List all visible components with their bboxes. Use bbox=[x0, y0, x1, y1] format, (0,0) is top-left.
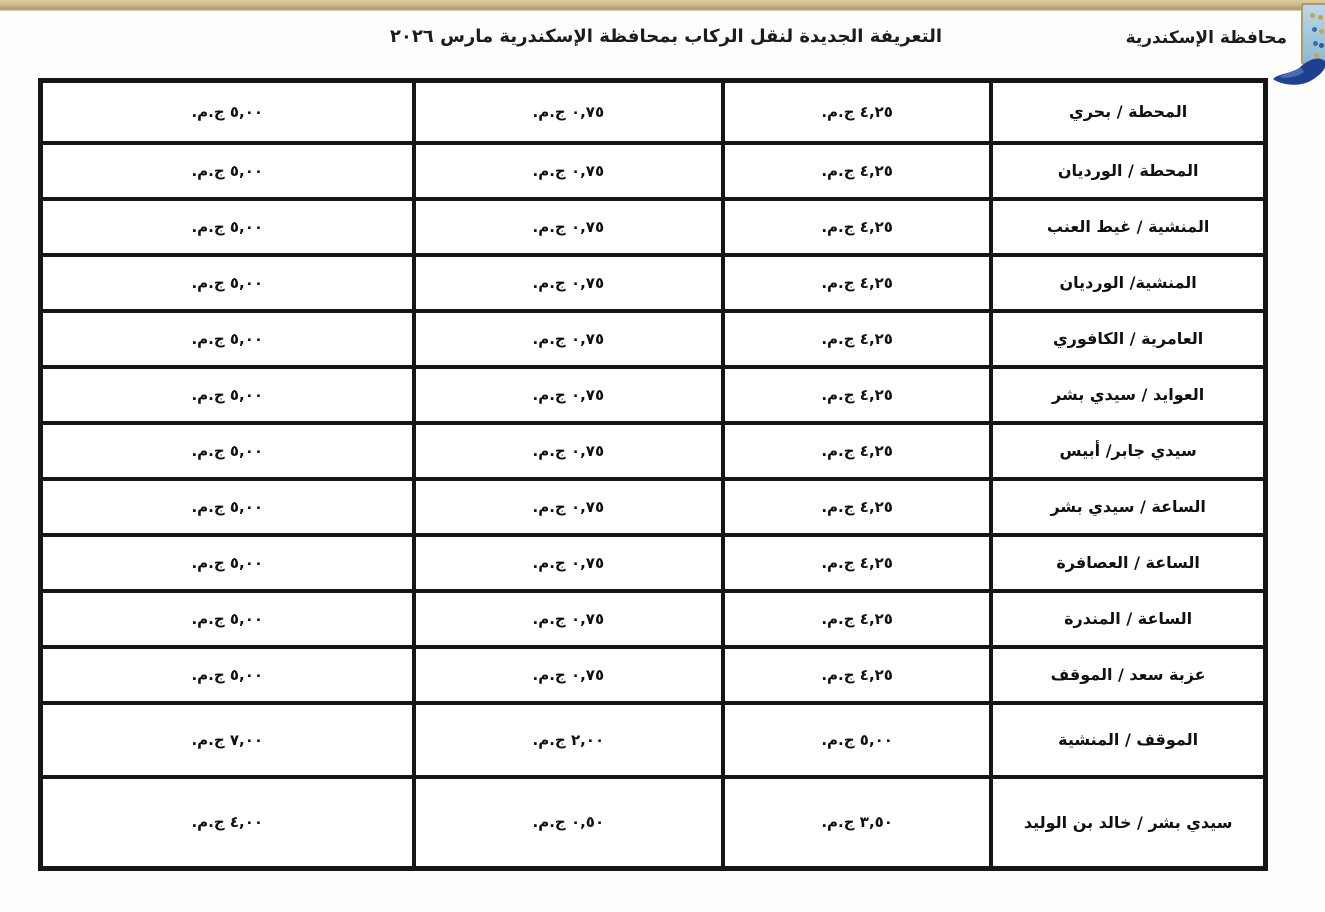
table-row: الساعة / العصافرة ٤,٢٥ ج.م. ٠,٧٥ ج.م. ٥,… bbox=[41, 535, 1266, 591]
fare-a-cell: ٤,٢٥ ج.م. bbox=[723, 367, 991, 423]
table-row: الساعة / المندرة ٤,٢٥ ج.م. ٠,٧٥ ج.م. ٥,٠… bbox=[41, 591, 1266, 647]
fare-b-cell: ٠,٧٥ ج.م. bbox=[414, 647, 724, 703]
fare-c-cell: ٥,٠٠ ج.م. bbox=[41, 199, 414, 255]
fare-a-cell: ٤,٢٥ ج.م. bbox=[723, 647, 991, 703]
top-accent-bar bbox=[0, 0, 1325, 11]
fare-b-cell: ٠,٥٠ ج.م. bbox=[414, 777, 724, 869]
page-title: التعريفة الجديدة لنقل الركاب بمحافظة الإ… bbox=[390, 26, 942, 47]
fare-b-cell: ٠,٧٥ ج.م. bbox=[414, 423, 724, 479]
fare-c-cell: ٥,٠٠ ج.م. bbox=[41, 423, 414, 479]
fare-c-cell: ٥,٠٠ ج.م. bbox=[41, 143, 414, 199]
route-cell: سيدي بشر / خالد بن الوليد bbox=[991, 777, 1265, 869]
fare-table-body: المحطة / بحري ٤,٢٥ ج.م. ٠,٧٥ ج.م. ٥,٠٠ ج… bbox=[41, 81, 1266, 869]
table-row: المنشية/ الورديان ٤,٢٥ ج.م. ٠,٧٥ ج.م. ٥,… bbox=[41, 255, 1266, 311]
fare-a-cell: ٤,٢٥ ج.م. bbox=[723, 255, 991, 311]
fare-b-cell: ٠,٧٥ ج.م. bbox=[414, 311, 724, 367]
route-cell: عزبة سعد / الموقف bbox=[991, 647, 1265, 703]
org-name: محافظة الإسكندرية bbox=[1126, 28, 1287, 48]
fare-a-cell: ٤,٢٥ ج.م. bbox=[723, 311, 991, 367]
table-row: العوايد / سيدي بشر ٤,٢٥ ج.م. ٠,٧٥ ج.م. ٥… bbox=[41, 367, 1266, 423]
fare-c-cell: ٥,٠٠ ج.م. bbox=[41, 535, 414, 591]
table-row: عزبة سعد / الموقف ٤,٢٥ ج.م. ٠,٧٥ ج.م. ٥,… bbox=[41, 647, 1266, 703]
route-cell: الموقف / المنشية bbox=[991, 703, 1265, 777]
table-row: سيدي بشر / خالد بن الوليد ٣,٥٠ ج.م. ٠,٥٠… bbox=[41, 777, 1266, 869]
fare-c-cell: ٤,٠٠ ج.م. bbox=[41, 777, 414, 869]
route-cell: الساعة / المندرة bbox=[991, 591, 1265, 647]
fare-b-cell: ٠,٧٥ ج.م. bbox=[414, 143, 724, 199]
fare-b-cell: ٠,٧٥ ج.م. bbox=[414, 367, 724, 423]
fare-a-cell: ٤,٢٥ ج.م. bbox=[723, 81, 991, 143]
fare-c-cell: ٥,٠٠ ج.م. bbox=[41, 591, 414, 647]
fare-c-cell: ٥,٠٠ ج.م. bbox=[41, 479, 414, 535]
table-row: المحطة / الورديان ٤,٢٥ ج.م. ٠,٧٥ ج.م. ٥,… bbox=[41, 143, 1266, 199]
route-cell: المحطة / بحري bbox=[991, 81, 1265, 143]
fare-a-cell: ٤,٢٥ ج.م. bbox=[723, 479, 991, 535]
fare-b-cell: ٢,٠٠ ج.م. bbox=[414, 703, 724, 777]
route-cell: المحطة / الورديان bbox=[991, 143, 1265, 199]
fare-b-cell: ٠,٧٥ ج.م. bbox=[414, 591, 724, 647]
document-page: { "header": { "org_name": "محافظة الإسكن… bbox=[0, 0, 1325, 912]
fare-a-cell: ٣,٥٠ ج.م. bbox=[723, 777, 991, 869]
fare-b-cell: ٠,٧٥ ج.م. bbox=[414, 255, 724, 311]
fare-b-cell: ٠,٧٥ ج.م. bbox=[414, 479, 724, 535]
table-row: الساعة / سيدي بشر ٤,٢٥ ج.م. ٠,٧٥ ج.م. ٥,… bbox=[41, 479, 1266, 535]
fare-b-cell: ٠,٧٥ ج.م. bbox=[414, 535, 724, 591]
route-cell: الساعة / سيدي بشر bbox=[991, 479, 1265, 535]
table-row: سيدي جابر/ أبيس ٤,٢٥ ج.م. ٠,٧٥ ج.م. ٥,٠٠… bbox=[41, 423, 1266, 479]
route-cell: الساعة / العصافرة bbox=[991, 535, 1265, 591]
fare-c-cell: ٥,٠٠ ج.م. bbox=[41, 81, 414, 143]
fare-c-cell: ٥,٠٠ ج.م. bbox=[41, 311, 414, 367]
route-cell: العامرية / الكافوري bbox=[991, 311, 1265, 367]
fare-c-cell: ٥,٠٠ ج.م. bbox=[41, 255, 414, 311]
route-cell: المنشية / غيط العنب bbox=[991, 199, 1265, 255]
table-row: الموقف / المنشية ٥,٠٠ ج.م. ٢,٠٠ ج.م. ٧,٠… bbox=[41, 703, 1266, 777]
fare-b-cell: ٠,٧٥ ج.م. bbox=[414, 199, 724, 255]
emblem-detail-dots bbox=[1310, 13, 1315, 18]
fare-c-cell: ٥,٠٠ ج.م. bbox=[41, 367, 414, 423]
emblem-wave-icon bbox=[1271, 55, 1325, 91]
fare-a-cell: ٤,٢٥ ج.م. bbox=[723, 535, 991, 591]
route-cell: العوايد / سيدي بشر bbox=[991, 367, 1265, 423]
fare-b-cell: ٠,٧٥ ج.م. bbox=[414, 81, 724, 143]
table-row: المنشية / غيط العنب ٤,٢٥ ج.م. ٠,٧٥ ج.م. … bbox=[41, 199, 1266, 255]
table-row: المحطة / بحري ٤,٢٥ ج.م. ٠,٧٥ ج.م. ٥,٠٠ ج… bbox=[41, 81, 1266, 143]
fare-table: المحطة / بحري ٤,٢٥ ج.م. ٠,٧٥ ج.م. ٥,٠٠ ج… bbox=[38, 78, 1268, 871]
fare-a-cell: ٤,٢٥ ج.م. bbox=[723, 199, 991, 255]
fare-c-cell: ٧,٠٠ ج.م. bbox=[41, 703, 414, 777]
fare-a-cell: ٤,٢٥ ج.م. bbox=[723, 423, 991, 479]
fare-a-cell: ٤,٢٥ ج.م. bbox=[723, 591, 991, 647]
fare-a-cell: ٤,٢٥ ج.م. bbox=[723, 143, 991, 199]
fare-a-cell: ٥,٠٠ ج.م. bbox=[723, 703, 991, 777]
fare-c-cell: ٥,٠٠ ج.م. bbox=[41, 647, 414, 703]
route-cell: سيدي جابر/ أبيس bbox=[991, 423, 1265, 479]
table-row: العامرية / الكافوري ٤,٢٥ ج.م. ٠,٧٥ ج.م. … bbox=[41, 311, 1266, 367]
governorate-emblem bbox=[1271, 2, 1325, 97]
route-cell: المنشية/ الورديان bbox=[991, 255, 1265, 311]
